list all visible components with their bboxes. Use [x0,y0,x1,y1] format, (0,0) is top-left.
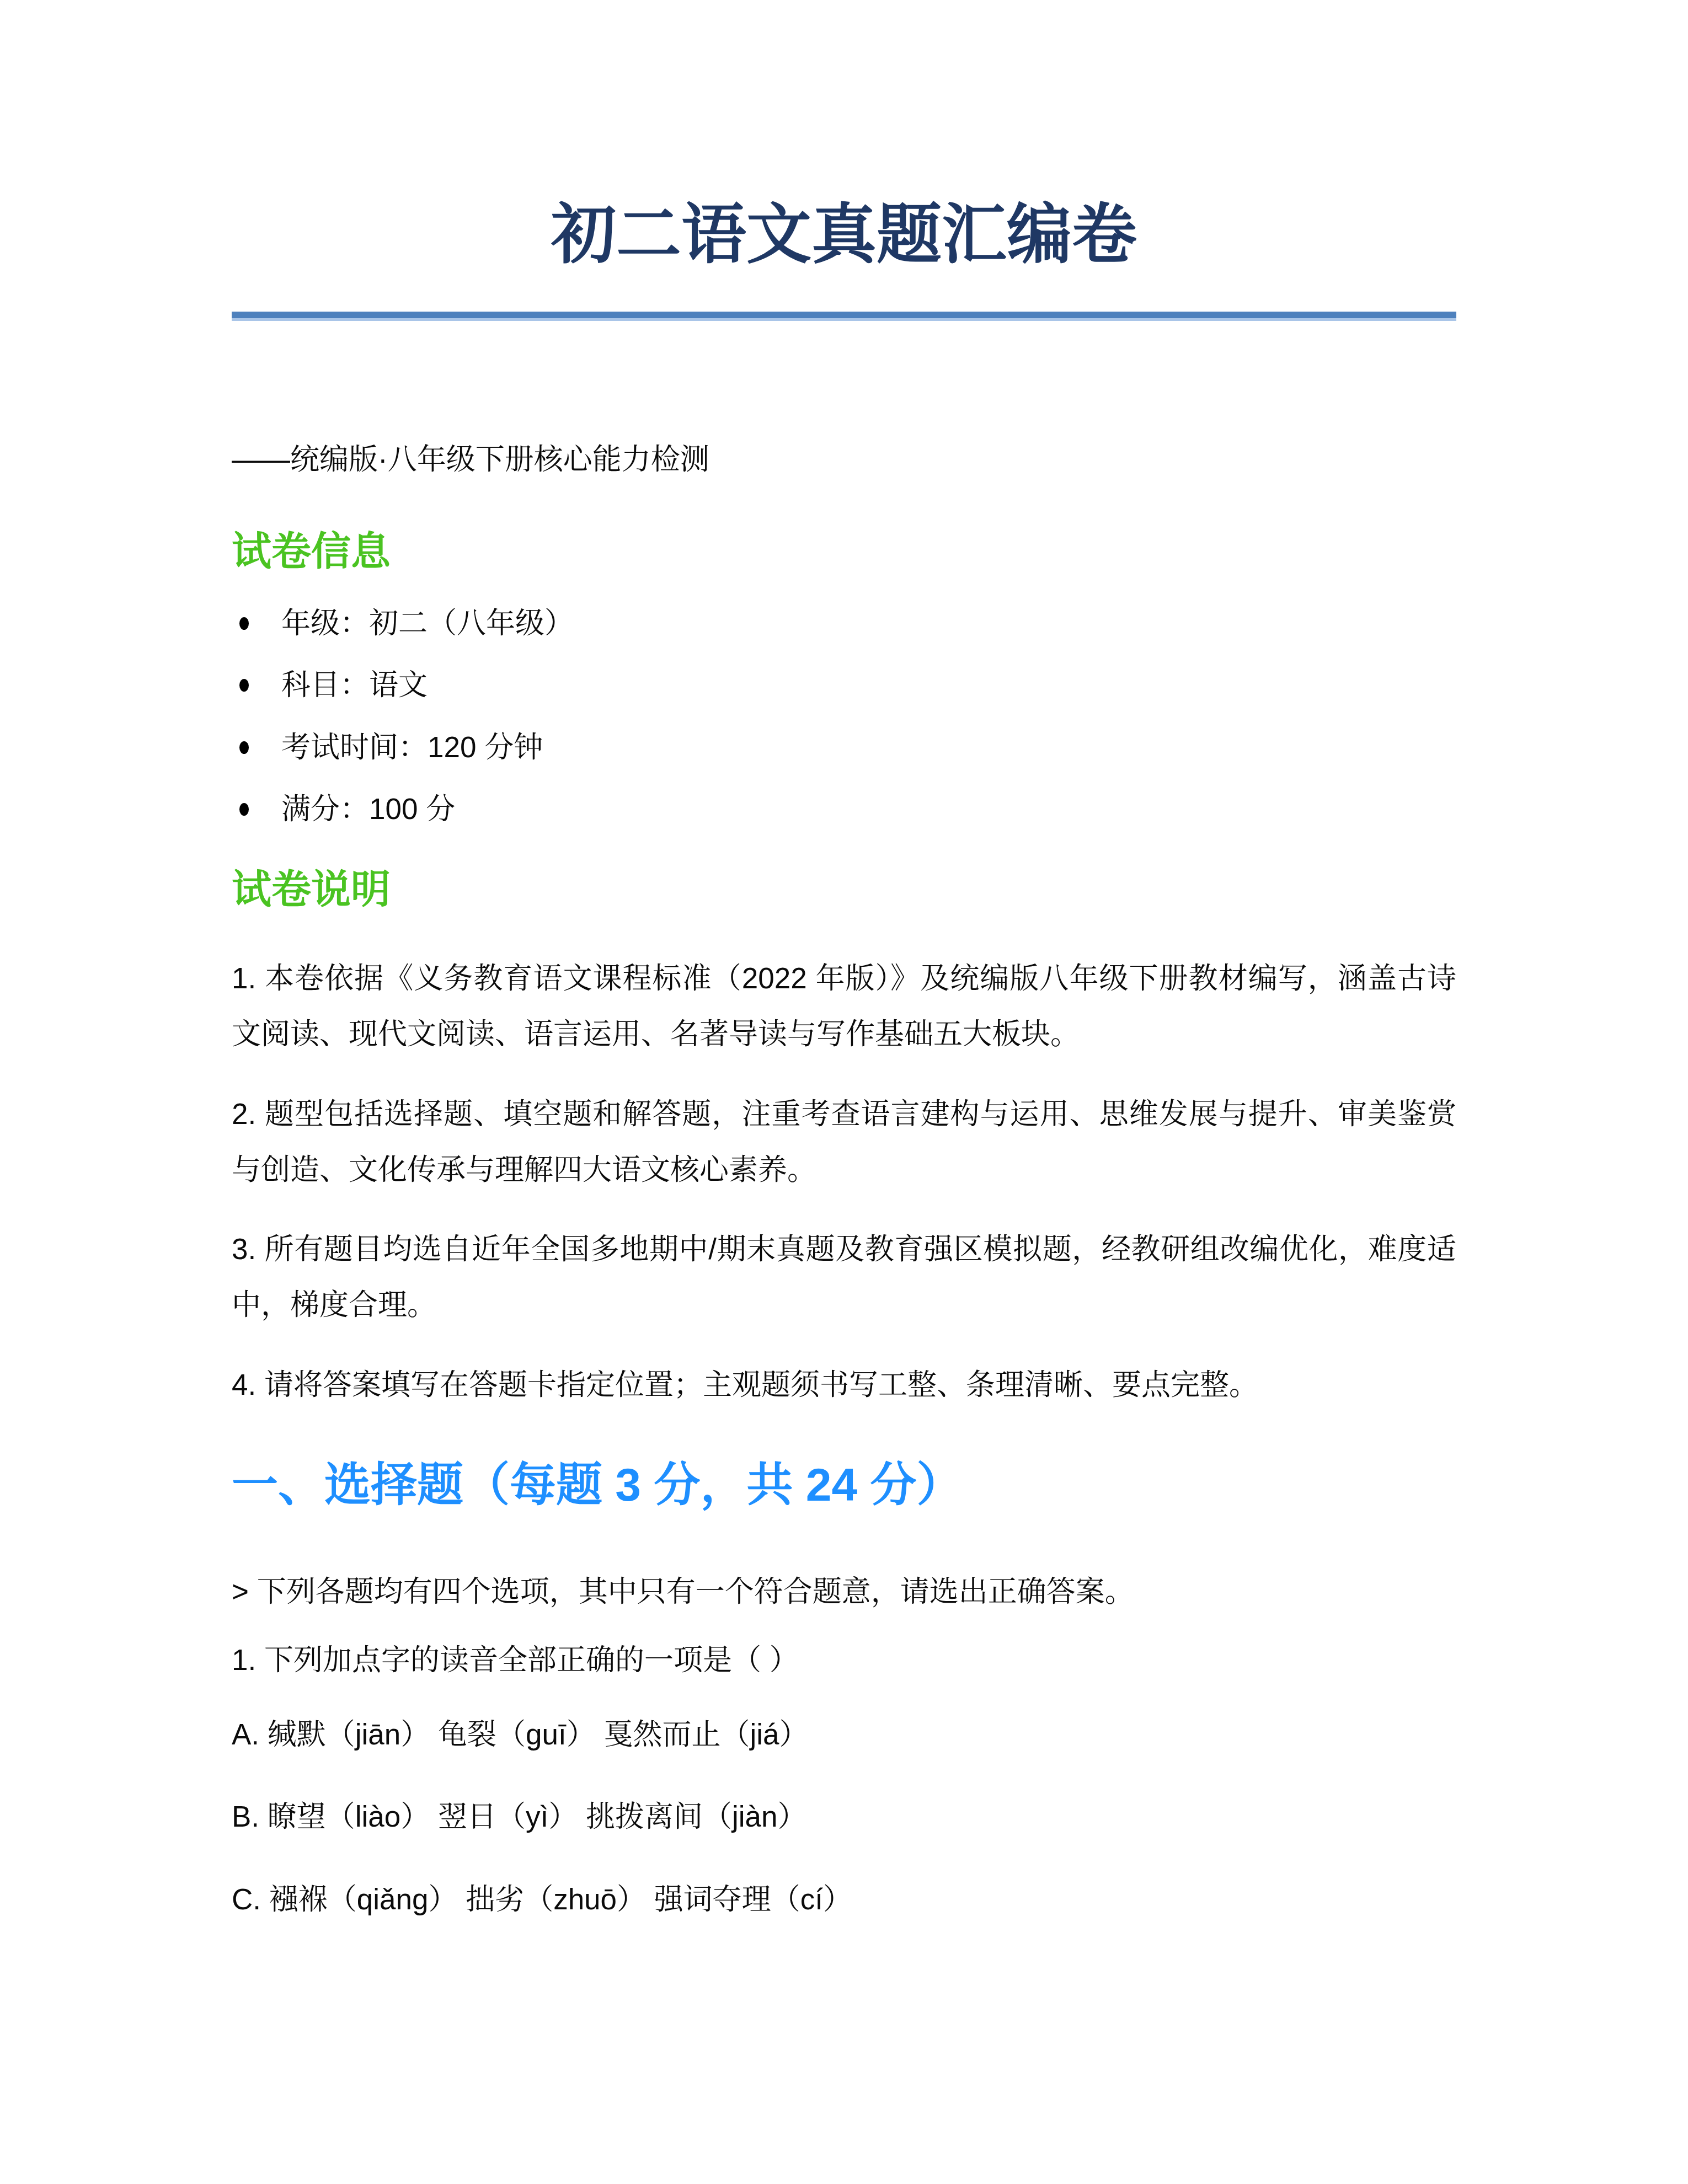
list-item-total-score: 满分：100 分 [232,788,1456,832]
question-1-option-a: A. 缄默（jiān） 龟裂（guī） 戛然而止（jiá） [232,1713,1456,1757]
question-1-option-c: C. 襁褓（qiǎng） 拙劣（zhuō） 强词夺理（cí） [232,1878,1456,1922]
question-1-option-b: B. 瞭望（liào） 翌日（yì） 挑拨离间（jiàn） [232,1795,1456,1839]
exam-note-paragraph-1: 1. 本卷依据《义务教育语文课程标准（2022 年版）》及统编版八年级下册教材编… [232,951,1456,1062]
bullet-icon [239,617,249,630]
title-divider [232,312,1456,321]
exam-info-list: 年级：初二（八年级） 科目：语文 考试时间：120 分钟 满分：100 分 [232,602,1456,832]
question-1-stem: 1. 下列加点字的读音全部正确的一项是（ ） [232,1639,1456,1683]
list-item-label: 科目：语文 [281,669,428,702]
section-heading-exam-info: 试卷信息 [232,524,1456,580]
bullet-icon [239,741,249,754]
list-item-label: 满分：100 分 [281,793,455,826]
list-item-label: 考试时间：120 分钟 [281,731,543,764]
list-item-duration: 考试时间：120 分钟 [232,726,1456,770]
section-intro: > 下列各题均有四个选项，其中只有一个符合题意，请选出正确答案。 [232,1570,1456,1614]
exam-note-paragraph-4: 4. 请将答案填写在答题卡指定位置；主观题须书写工整、条理清晰、要点完整。 [232,1358,1456,1414]
page-title: 初二语文真题汇编卷 [232,0,1456,277]
list-item-grade: 年级：初二（八年级） [232,602,1456,646]
section-heading-exam-notes: 试卷说明 [232,862,1456,918]
bullet-icon [239,679,249,692]
exam-note-paragraph-2: 2. 题型包括选择题、填空题和解答题，注重考查语言建构与运用、思维发展与提升、审… [232,1087,1456,1198]
list-item-subject: 科目：语文 [232,663,1456,708]
document-page: 初二语文真题汇编卷 ——统编版·八年级下册核心能力检测 试卷信息 年级：初二（八… [0,0,1688,2184]
section-heading-multiple-choice: 一、选择题（每题 3 分，共 24 分） [232,1453,1456,1518]
bullet-icon [239,803,249,816]
exam-note-paragraph-3: 3. 所有题目均选自近年全国多地期中/期末真题及教育强区模拟题，经教研组改编优化… [232,1222,1456,1333]
list-item-label: 年级：初二（八年级） [281,607,574,640]
subtitle: ——统编版·八年级下册核心能力检测 [232,438,1456,482]
